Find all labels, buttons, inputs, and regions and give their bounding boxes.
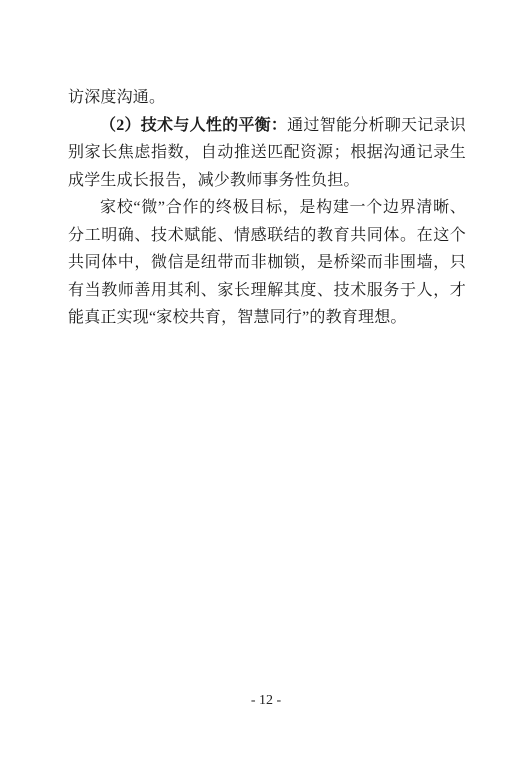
paragraph-continuation: 访深度沟通。 — [68, 84, 466, 112]
page-footer: - 12 - — [0, 692, 532, 710]
paragraph-text: 访深度沟通。 — [68, 89, 165, 106]
page-number: - 12 - — [251, 693, 281, 708]
paragraph-bold-lead: （2）技术与人性的平衡： — [100, 117, 287, 134]
document-page: 访深度沟通。 （2）技术与人性的平衡：通过智能分析聊天记录识别家长焦虑指数，自动… — [0, 0, 532, 768]
page-body: 访深度沟通。 （2）技术与人性的平衡：通过智能分析聊天记录识别家长焦虑指数，自动… — [68, 84, 466, 332]
paragraph-numbered-point: （2）技术与人性的平衡：通过智能分析聊天记录识别家长焦虑指数，自动推送匹配资源；… — [68, 112, 466, 195]
paragraph-conclusion: 家校“微”合作的终极目标，是构建一个边界清晰、分工明确、技术赋能、情感联结的教育… — [68, 194, 466, 332]
paragraph-text: 家校“微”合作的终极目标，是构建一个边界清晰、分工明确、技术赋能、情感联结的教育… — [68, 199, 466, 326]
